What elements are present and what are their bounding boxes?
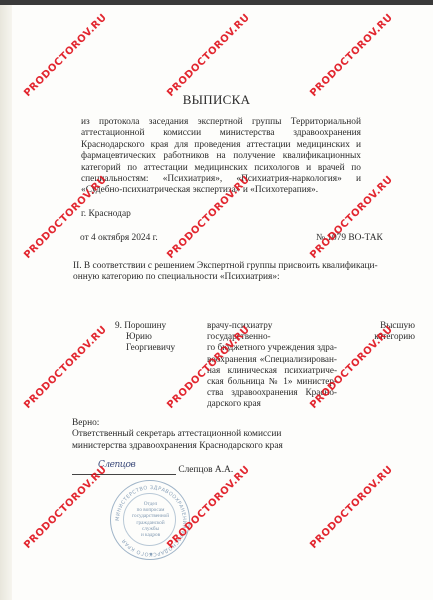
certification-block: Верно: Ответственный секретарь аттестаци… [72, 418, 283, 452]
name-line: Юрию [115, 331, 195, 342]
section-line: онную категорию по специальности «Психиа… [73, 272, 413, 283]
watermark: PRODOCTOROV.RU [22, 12, 109, 99]
section-line: II. В соответствии с решением Экспертной… [73, 261, 413, 272]
watermark: PRODOCTOROV.RU [22, 324, 109, 411]
name-line: 9. Порошину [115, 320, 195, 331]
name-line: Георгиевичу [115, 342, 195, 353]
section-ii: II. В соответствии с решением Экспертной… [73, 261, 413, 284]
official-stamp: МИНИСТЕРСТВО ЗДРАВООХРАНЕНИЯ КРАСНОДАРСК… [110, 480, 190, 560]
entry-name: 9. Порошину Юрию Георгиевичу [115, 320, 195, 354]
signature-line: Слепцов [72, 464, 176, 475]
stamp-center-text: Отдел по вопросам государственной гражда… [124, 501, 177, 538]
scan-top-edge [0, 0, 433, 5]
position-line: ская больница № 1» министер- [207, 376, 337, 387]
certification-line: министерства здравоохранения Краснодарск… [72, 441, 283, 452]
watermark: PRODOCTOROV.RU [308, 464, 395, 551]
preamble-line: специальностям: «Психиатрия», «Психиатри… [81, 174, 361, 185]
preamble: из протокола заседания экспертной группы… [81, 117, 361, 197]
preamble-line: аттестационной комиссии министерства здр… [81, 128, 361, 139]
city: г. Краснодар [81, 209, 131, 219]
watermark: PRODOCTOROV.RU [308, 12, 395, 99]
preamble-line: из протокола заседания экспертной группы… [81, 117, 361, 128]
verno-label: Верно: [72, 418, 283, 429]
certification-line: Ответственный секретарь аттестационной к… [72, 429, 283, 440]
stamp-line: и кадров [124, 532, 177, 538]
position-line: ная клиническая психиатриче- [207, 365, 337, 376]
watermark: PRODOCTOROV.RU [165, 12, 252, 99]
preamble-line: категорий по аттестации медицинских псих… [81, 163, 361, 174]
document-title: ВЫПИСКА [0, 92, 433, 108]
document-date: от 4 октября 2024 г. [80, 233, 158, 243]
position-line: врачу-психиатру государственно- [207, 320, 337, 342]
signer-name: Слепцов А.А. [178, 465, 233, 475]
watermark: PRODOCTOROV.RU [22, 464, 109, 551]
stamp-inner-circle: Отдел по вопросам государственной гражда… [123, 493, 176, 546]
preamble-line: Краснодарского края для проведения аттес… [81, 140, 361, 151]
preamble-line: фармацевтических работников на получение… [81, 151, 361, 162]
preamble-line: «Судебно-психиатрическая экспертиза» и «… [81, 185, 361, 196]
